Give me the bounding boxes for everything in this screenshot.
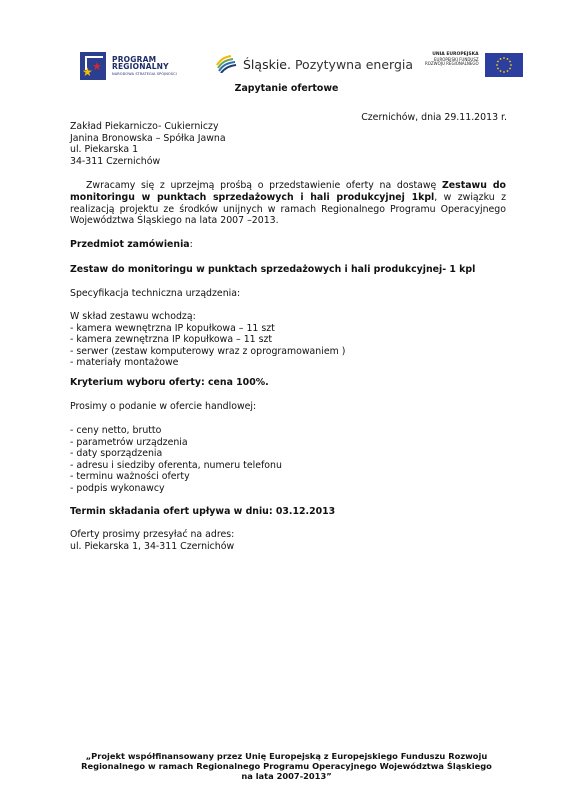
spec-label: Specyfikacja techniczna urządzenia: — [70, 288, 240, 300]
recipient-address: Zakład Piekarniczo- Cukierniczy Janina B… — [70, 121, 226, 167]
submission-deadline: Termin składania ofert upływa w dniu: 03… — [70, 506, 335, 518]
offer-item: - terminu ważności oferty — [70, 471, 282, 483]
logo-subtext: NARODOWA STRATEGIA SPÓJNOŚCI — [112, 73, 177, 77]
recipient-line: Zakład Piekarniczo- Cukierniczy — [70, 121, 226, 133]
program-regionalny-logo: ★ ★ PROGRAM REGIONALNY NARODOWA STRATEGI… — [80, 52, 177, 80]
logo-text: REGIONALNY — [112, 63, 177, 71]
eu-logo: UNIA EUROPEJSKA EUROPEJSKI FUNDUSZ ROZWO… — [425, 53, 523, 77]
eu-text: ROZWOJU REGIONALNEGO — [425, 62, 479, 66]
kit-list: W skład zestawu wchodzą: - kamera wewnęt… — [70, 311, 345, 369]
slaskie-logo: Śląskie. Pozytywna energia — [215, 55, 413, 73]
slaskie-brand: Śląskie. — [243, 57, 291, 72]
kit-item: - kamera wewnętrzna IP kopułkowa – 11 sz… — [70, 323, 345, 335]
recipient-line: Janina Bronowska – Spółka Jawna — [70, 133, 226, 145]
eu-flag-icon — [485, 53, 523, 77]
send-label: Oferty prosimy przesyłać na adres: — [70, 529, 234, 541]
footer-line: Regionalnego w ramach Regionalnego Progr… — [0, 761, 573, 771]
offer-item: - ceny netto, brutto — [70, 425, 282, 437]
recipient-line: 34-311 Czernichów — [70, 156, 226, 168]
offer-request-label: Prosimy o podanie w ofercie handlowej: — [70, 401, 256, 413]
subject-heading: Przedmiot zamówienia: — [70, 239, 193, 251]
offer-item: - parametrów urządzenia — [70, 437, 282, 449]
recipient-line: ul. Piekarska 1 — [70, 144, 226, 156]
document-page: ★ ★ PROGRAM REGIONALNY NARODOWA STRATEGI… — [0, 0, 573, 800]
send-address: ul. Piekarska 1, 34-311 Czernichów — [70, 541, 234, 553]
slaskie-waves-icon — [215, 55, 237, 73]
document-date: Czernichów, dnia 29.11.2013 r. — [361, 112, 507, 123]
slaskie-slogan: Pozytywna energia — [295, 57, 413, 72]
offer-item: - podpis wykonawcy — [70, 483, 282, 495]
footer-line: na lata 2007-2013” — [0, 771, 573, 781]
kit-item: - materiały montażowe — [70, 357, 345, 369]
subject-title: Zestaw do monitoringu w punktach sprzeda… — [70, 264, 475, 276]
send-address-block: Oferty prosimy przesyłać na adres: ul. P… — [70, 529, 234, 552]
offer-item: - adresu i siedziby oferenta, numeru tel… — [70, 460, 282, 472]
intro-paragraph: Zwracamy się z uprzejmą prośbą o przedst… — [70, 180, 506, 227]
program-regionalny-icon: ★ ★ — [80, 52, 106, 80]
kit-item: - serwer (zestaw komputerowy wraz z opro… — [70, 346, 345, 358]
offer-item: - daty sporządzenia — [70, 448, 282, 460]
selection-criterion: Kryterium wyboru oferty: cena 100%. — [70, 377, 269, 389]
document-title: Zapytanie ofertowe — [0, 83, 573, 94]
offer-requirements-list: - ceny netto, brutto - parametrów urządz… — [70, 425, 282, 495]
footer-line: „Projekt współfinansowany przez Unię Eur… — [0, 751, 573, 761]
kit-label: W skład zestawu wchodzą: — [70, 311, 345, 323]
cofinancing-footer: „Projekt współfinansowany przez Unię Eur… — [0, 751, 573, 781]
kit-item: - kamera zewnętrzna IP kopułkowa – 11 sz… — [70, 334, 345, 346]
